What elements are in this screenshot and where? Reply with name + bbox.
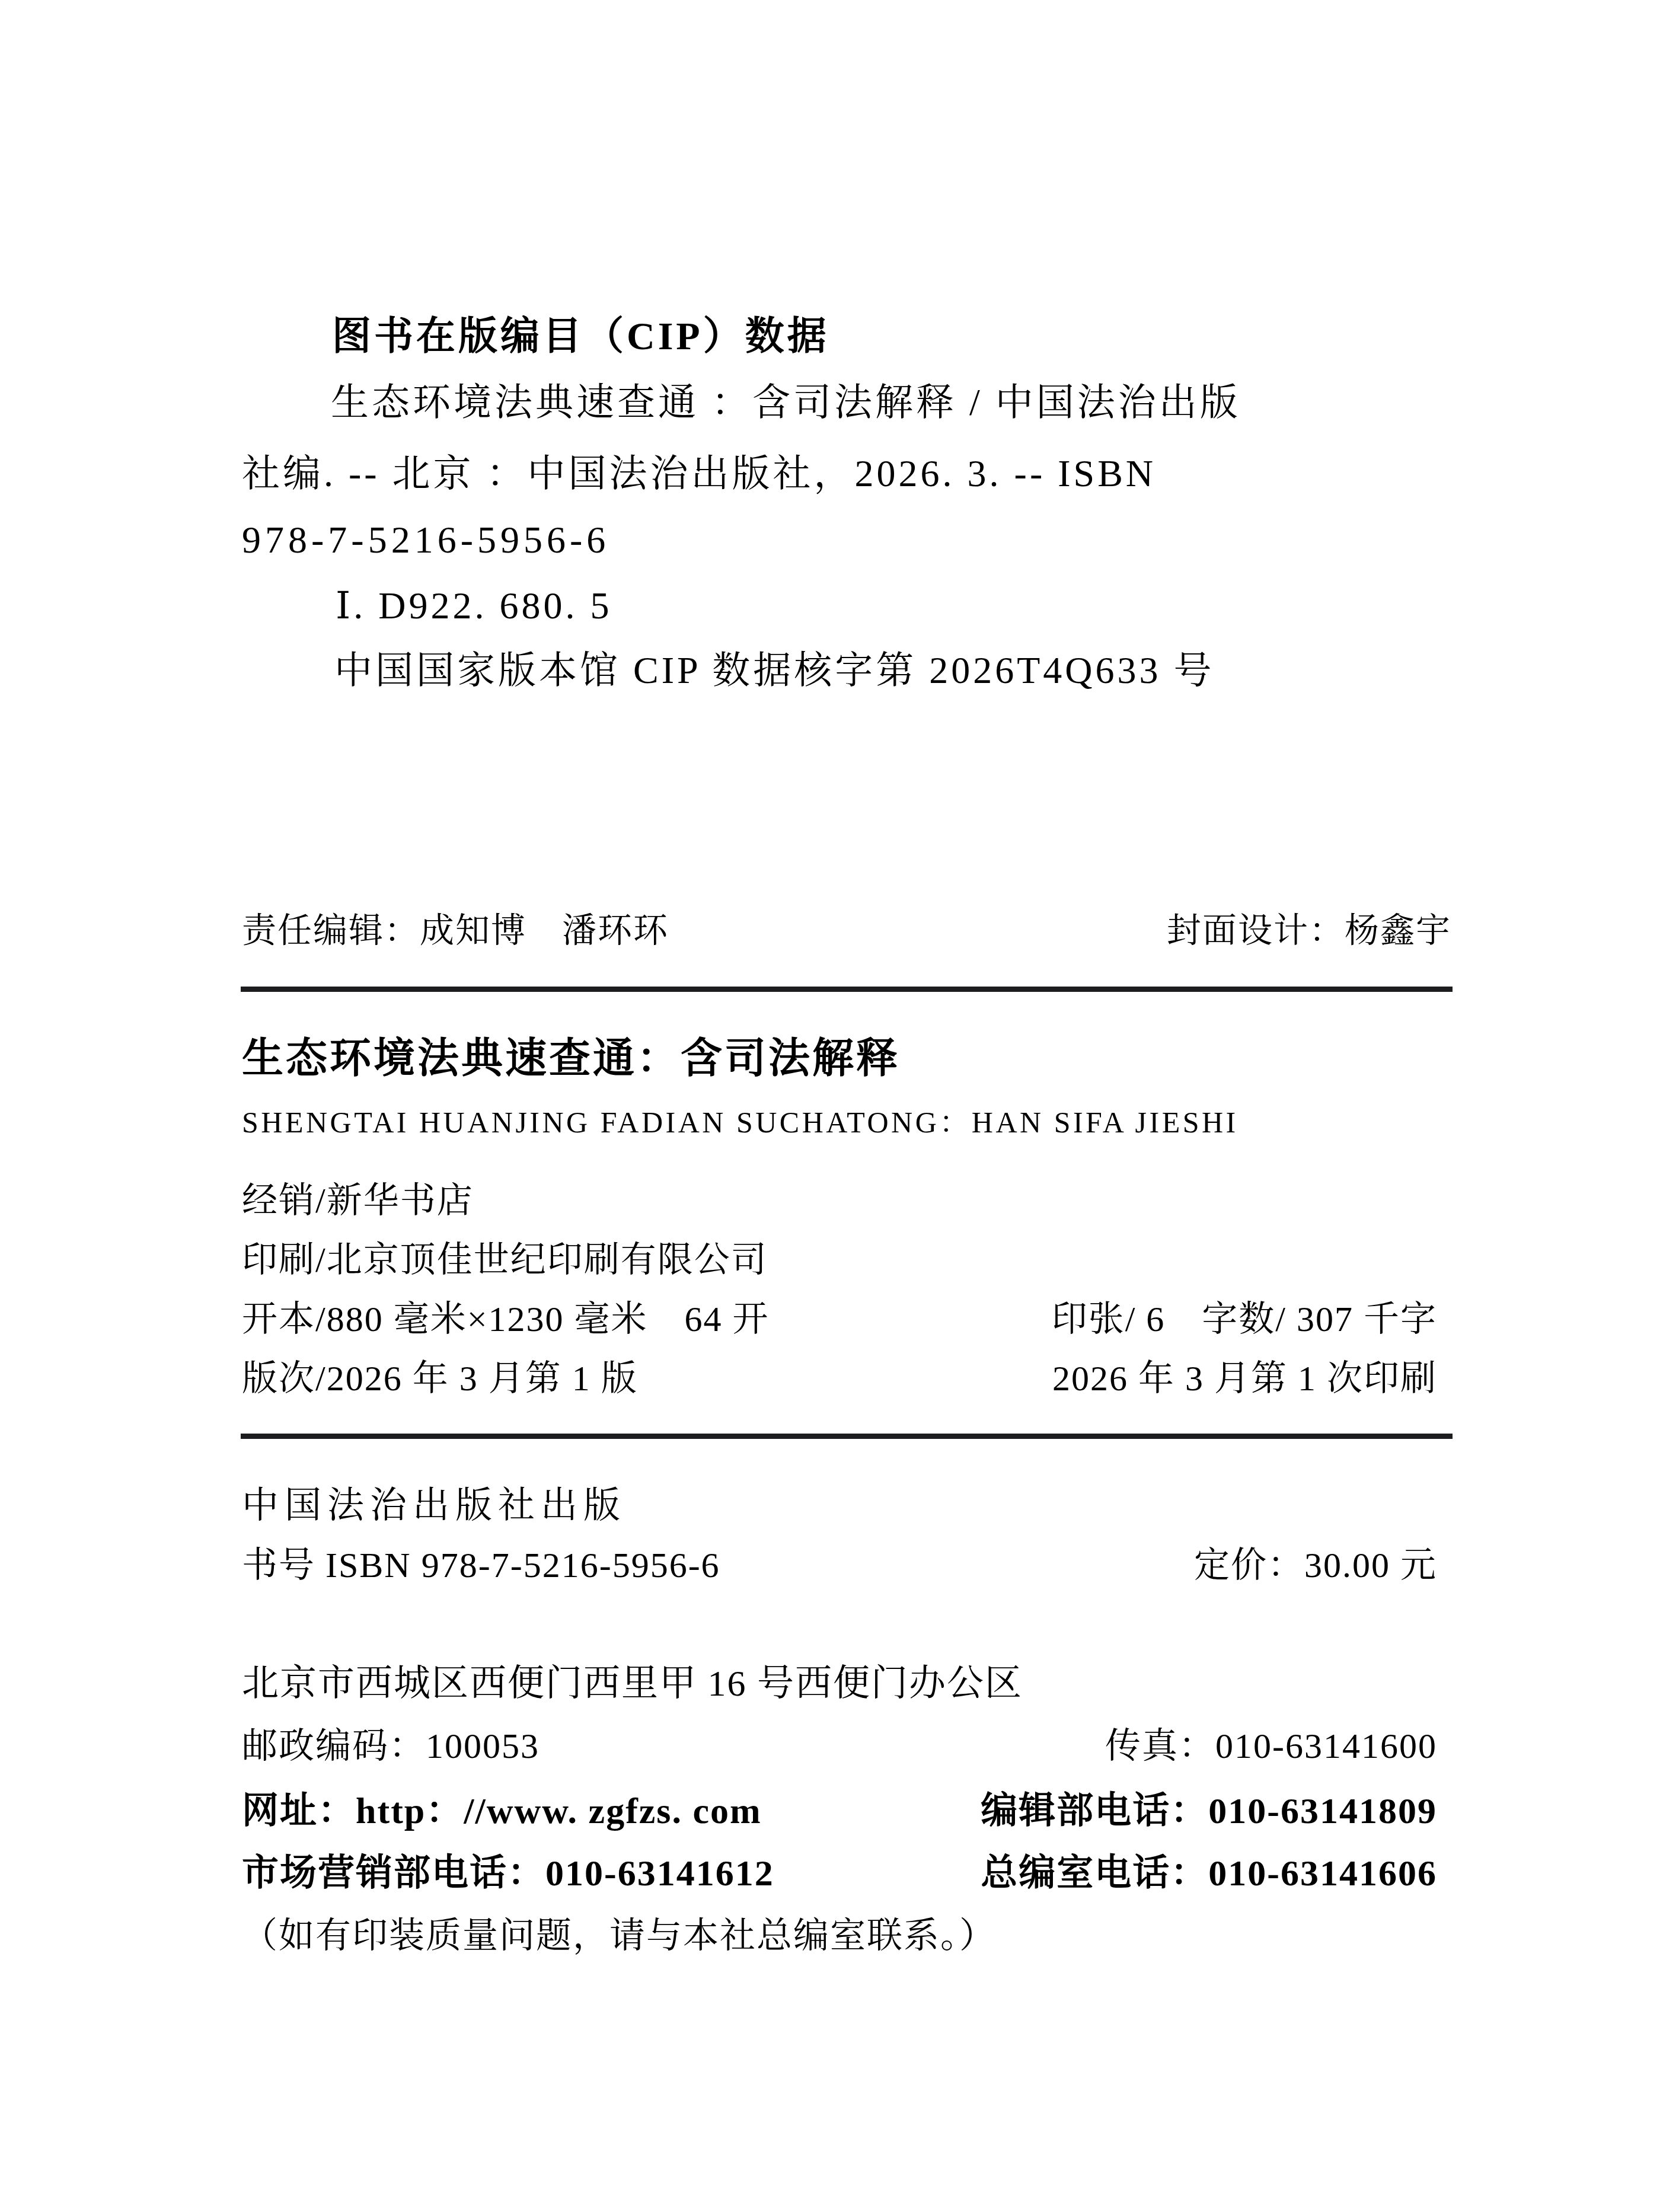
- cip-line-isbn: 978-7-5216-5956-6: [242, 521, 1451, 559]
- credits-row: 责任编辑：成知博 潘环环 封面设计：杨鑫宇: [242, 914, 1451, 948]
- sheets-wordcount: 印张/ 6 字数/ 307 千字: [1052, 1301, 1437, 1337]
- cip-line-title-statement: 生态环境法典速查通 ：含司法解释 / 中国法治出版: [242, 384, 1451, 422]
- copyright-page: 图书在版编目（CIP）数据 生态环境法典速查通 ：含司法解释 / 中国法治出版 …: [0, 0, 1679, 2212]
- price-label: 定价：30.00 元: [1194, 1547, 1437, 1583]
- publisher-address: 北京市西城区西便门西里甲 16 号西便门办公区: [242, 1665, 1451, 1702]
- divider-rule-top: [241, 987, 1453, 992]
- website-url: 网址：http：//www. zgfzs. com: [242, 1793, 762, 1830]
- impression-info: 2026 年 3 月第 1 次印刷: [1052, 1361, 1437, 1396]
- postcode-fax-row: 邮政编码：100053 传真：010-63141600: [242, 1728, 1451, 1764]
- divider-rule-bottom: [241, 1434, 1453, 1439]
- marketing-phone: 市场营销部电话：010-63141612: [242, 1855, 774, 1892]
- website-editorial-row: 网址：http：//www. zgfzs. com 编辑部电话：010-6314…: [242, 1793, 1451, 1830]
- format-spec: 开本/880 毫米×1230 毫米 64 开: [242, 1301, 770, 1337]
- cip-heading: 图书在版编目（CIP）数据: [242, 317, 1451, 356]
- edition-info: 版次/2026 年 3 月第 1 版: [242, 1361, 638, 1396]
- cip-line-publication: 社编. -- 北京 ：中国法治出版社，2026. 3. -- ISBN: [242, 455, 1451, 493]
- book-title-pinyin: SHENGTAI HUANJING FADIAN SUCHATONG：HAN S…: [242, 1107, 1451, 1137]
- responsible-editors: 责任编辑：成知博 潘环环: [242, 914, 669, 948]
- postal-code: 邮政编码：100053: [242, 1728, 540, 1764]
- cover-designer: 封面设计：杨鑫宇: [1167, 914, 1451, 948]
- format-row: 开本/880 毫米×1230 毫米 64 开 印张/ 6 字数/ 307 千字: [242, 1301, 1451, 1337]
- edition-row: 版次/2026 年 3 月第 1 版 2026 年 3 月第 1 次印刷: [242, 1361, 1451, 1396]
- fax-number: 传真：010-63141600: [1105, 1728, 1437, 1764]
- book-isbn: 书号 ISBN 978-7-5216-5956-6: [242, 1547, 720, 1583]
- print-quality-note: （如有印装质量问题，请与本社总编室联系。）: [242, 1918, 1451, 1954]
- chief-editor-phone: 总编室电话：010-63141606: [981, 1855, 1437, 1892]
- cip-line-classification: Ⅰ. D922. 680. 5: [242, 587, 1451, 625]
- distribution-line: 经销/新华书店: [242, 1183, 1451, 1218]
- marketing-chief-row: 市场营销部电话：010-63141612 总编室电话：010-63141606: [242, 1855, 1451, 1892]
- isbn-price-row: 书号 ISBN 978-7-5216-5956-6 定价：30.00 元: [242, 1547, 1451, 1583]
- printer-line: 印刷/北京顶佳世纪印刷有限公司: [242, 1242, 1451, 1278]
- publisher-imprint: 中国法治出版社出版: [242, 1488, 1451, 1524]
- editorial-phone: 编辑部电话：010-63141809: [981, 1793, 1437, 1830]
- cip-line-record-number: 中国国家版本馆 CIP 数据核字第 2026T4Q633 号: [242, 652, 1451, 690]
- book-title-chinese: 生态环境法典速查通：含司法解释: [242, 1038, 1451, 1079]
